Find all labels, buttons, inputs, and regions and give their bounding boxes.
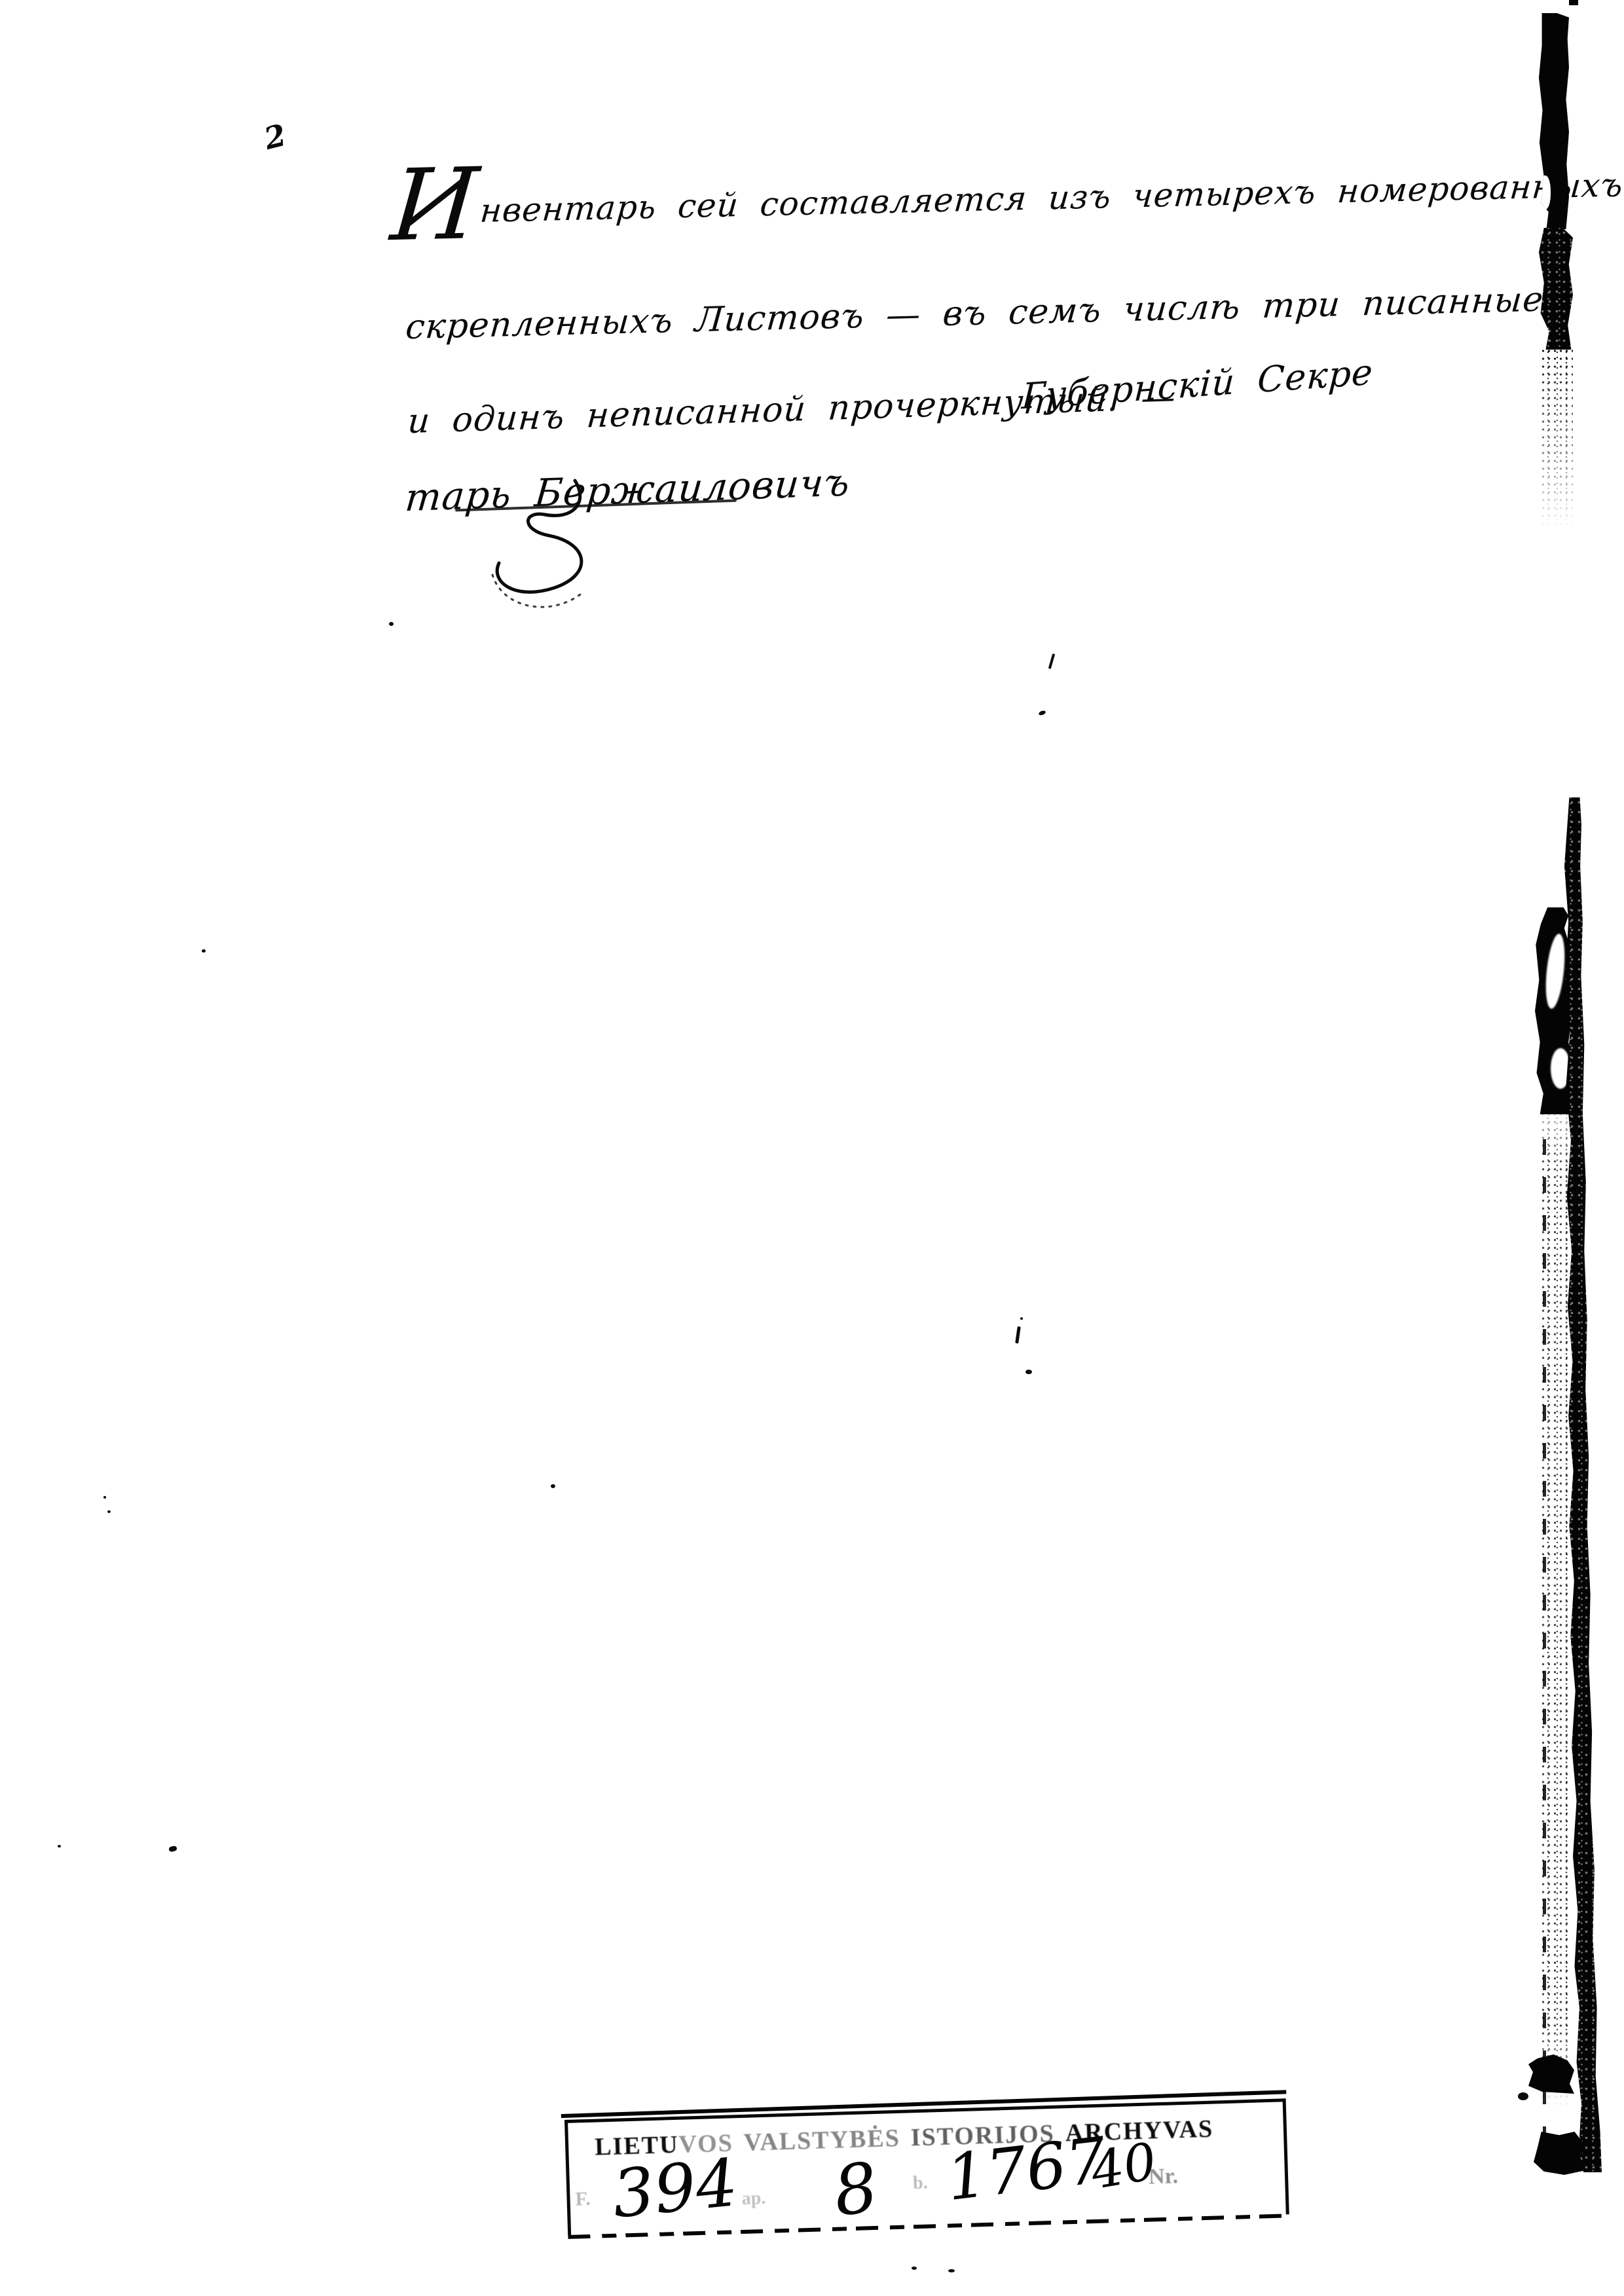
binding-edge-blob [1528, 2054, 1574, 2094]
binding-edge-blob [1534, 2132, 1585, 2175]
scanned-document-page: 2 Инвентарь сей составляется изъ четырех… [0, 0, 1624, 2296]
binding-blob-hole [1543, 933, 1568, 1010]
handwriting-line-1-text: нвентарь сей составляется изъ четырехъ н… [479, 165, 1624, 230]
ink-speck [912, 2267, 917, 2270]
stamp-title-part: VALSTYBĖS [743, 2124, 900, 2157]
ink-speck [1038, 710, 1046, 716]
stamp-field-label-nr: Nr. [1148, 2164, 1178, 2189]
stamp-fondas-number: 394 [610, 2150, 741, 2227]
binding-edge-mark [1569, 0, 1578, 5]
ink-speck [389, 622, 394, 626]
ink-speck [1025, 1370, 1032, 1374]
binding-edge-dashed-line [1543, 1139, 1546, 2167]
handwriting-line-2: скрепленныхъ Листовъ — въ семъ числѣ три… [404, 280, 1545, 348]
handwriting-initial-capital: И [387, 147, 483, 263]
stamp-field-label-byla: b. [913, 2173, 929, 2195]
binding-texture [1539, 228, 1573, 350]
archive-stamp: LIETUVOSVALSTYBĖSISTORIJOSARCHYVAS F. 39… [564, 2098, 1289, 2236]
handwriting-line-1: Инвентарь сей составляется изъ четырехъ … [390, 165, 1624, 232]
binding-edge-blob [1539, 228, 1573, 350]
binding-edge-speckle [1540, 347, 1573, 530]
ink-speck [1020, 1317, 1023, 1320]
ink-speck [948, 2269, 955, 2272]
ink-speck [551, 1484, 555, 1488]
ink-speck [1015, 1326, 1021, 1343]
page-corner-mark: 2 [261, 117, 289, 156]
binding-edge-bar [1539, 13, 1569, 229]
binding-edge-mark [1518, 2092, 1528, 2100]
handwriting-line-3-right: Губернскій Секре [1021, 351, 1375, 417]
ink-speck [103, 1496, 106, 1499]
signature-flourish-icon [458, 477, 655, 627]
ink-speck [107, 1510, 111, 1513]
ink-speck [58, 1845, 61, 1848]
stamp-field-label-apyrasas: ap. [741, 2188, 766, 2210]
ink-speck [1048, 653, 1055, 669]
ink-speck [202, 949, 206, 953]
ink-speck [168, 1846, 177, 1852]
stamp-byla-number: 1767 [943, 2128, 1109, 2210]
stamp-apyrasas-number: 8 [830, 2153, 882, 2226]
stamp-field-label-fondas: F. [575, 2188, 591, 2211]
